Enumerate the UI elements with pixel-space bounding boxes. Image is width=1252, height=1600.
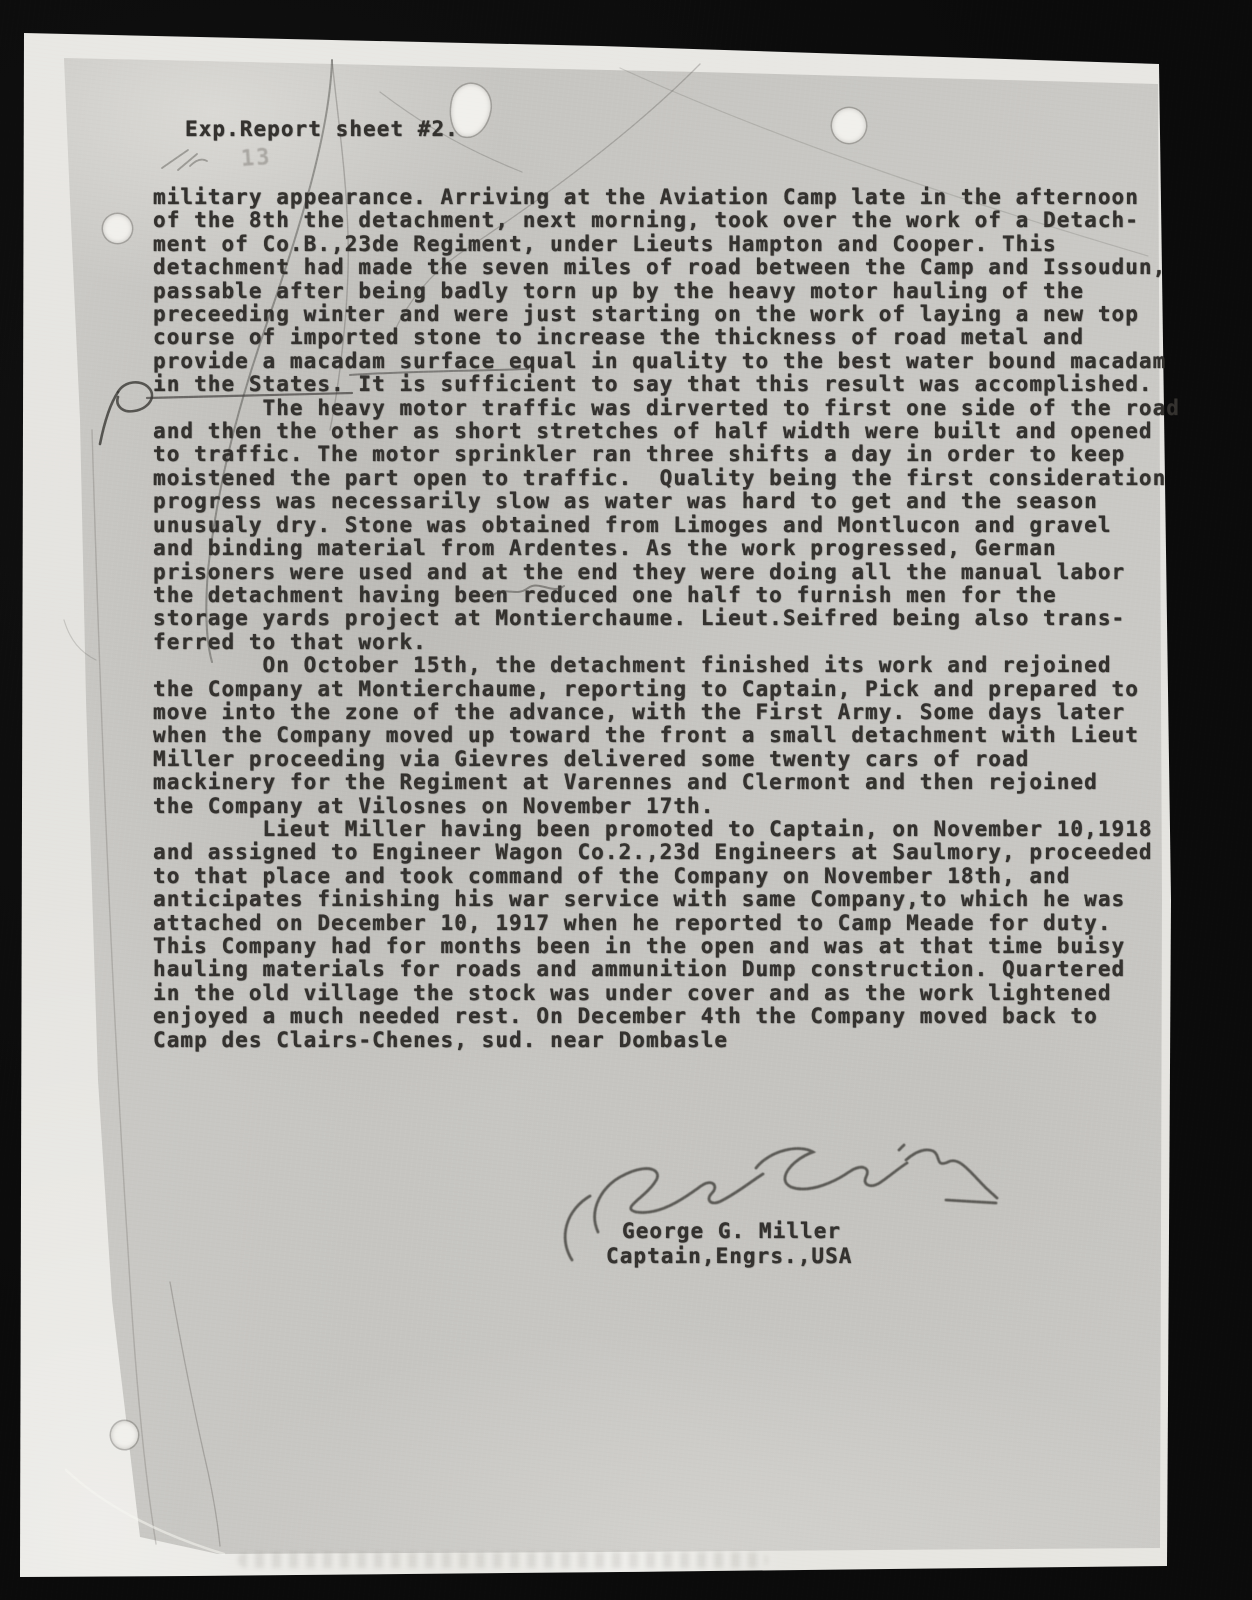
hole-punch-top-left — [103, 214, 132, 243]
offset-ink-ghost — [238, 1552, 768, 1568]
typed-signature-rank: Captain,Engrs.,USA — [606, 1244, 852, 1268]
typed-signature-name: George G. Miller — [622, 1219, 841, 1243]
hole-punch-top-right — [832, 108, 866, 143]
pencil-note: 13 — [240, 145, 272, 172]
document-header: Exp.Report sheet #2. — [185, 117, 459, 141]
document-body-text: military appearance. Arriving at the Avi… — [153, 186, 1180, 1052]
scanned-document-page: Exp.Report sheet #2. military appearance… — [0, 0, 1252, 1600]
hole-punch-bottom-left — [111, 1421, 138, 1449]
